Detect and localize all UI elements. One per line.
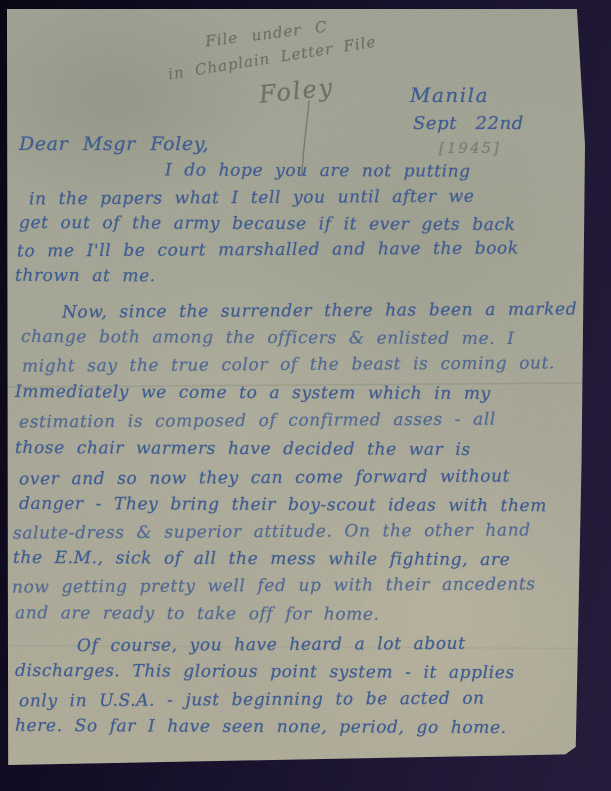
letter-line: get out of the army because if it ever g…	[19, 215, 516, 234]
salutation: Dear Msgr Foley,	[19, 135, 209, 154]
letter-line: in the papers what I tell you until afte…	[29, 189, 475, 209]
letter-line: over and so now they can come forward wi…	[19, 469, 510, 489]
letter-line: estimation is composed of confirmed asse…	[19, 412, 496, 432]
letter-line: danger - They bring their boy-scout idea…	[19, 496, 547, 515]
letter-line: Immediately we come to a system which in…	[15, 384, 491, 403]
letter-line: thrown at me.	[15, 268, 156, 286]
letter-line: and are ready to take off for home.	[15, 605, 380, 624]
letter-line: here. So far I have seen none, period, g…	[15, 718, 507, 737]
letter-line: only in U.S.A. - just beginning to be ac…	[19, 691, 485, 711]
filing-note-signature: Foley	[258, 75, 335, 107]
letter-line: change both among the officers & enliste…	[21, 329, 515, 348]
dateline-date: Sept 22nd	[413, 115, 524, 133]
letter-line: salute-dress & superior attitude. On the…	[13, 522, 531, 542]
letter-line: those chair warmers have decided the war…	[15, 440, 471, 459]
letter-line: the E.M., sick of all the mess while fig…	[13, 550, 510, 569]
dateline-year-annotation: [1945]	[439, 141, 501, 156]
letter-line: Now, since the surrender there has been …	[62, 301, 577, 321]
letter-line: might say the true color of the beast is…	[22, 355, 555, 375]
letter-paper: File under C in Chaplain Letter File Fol…	[7, 9, 585, 765]
letter-line: now getting pretty well fed up with thei…	[12, 576, 536, 596]
scan-background: File under C in Chaplain Letter File Fol…	[0, 0, 611, 791]
letter-line: I do hope you are not putting	[165, 162, 471, 180]
letter-line: to me I'll be court marshalled and have …	[17, 240, 519, 260]
dateline-place: Manila	[410, 85, 489, 105]
letter-line: discharges. This glorious point system -…	[15, 663, 515, 682]
letter-line: Of course, you have heard a lot about	[77, 636, 466, 655]
